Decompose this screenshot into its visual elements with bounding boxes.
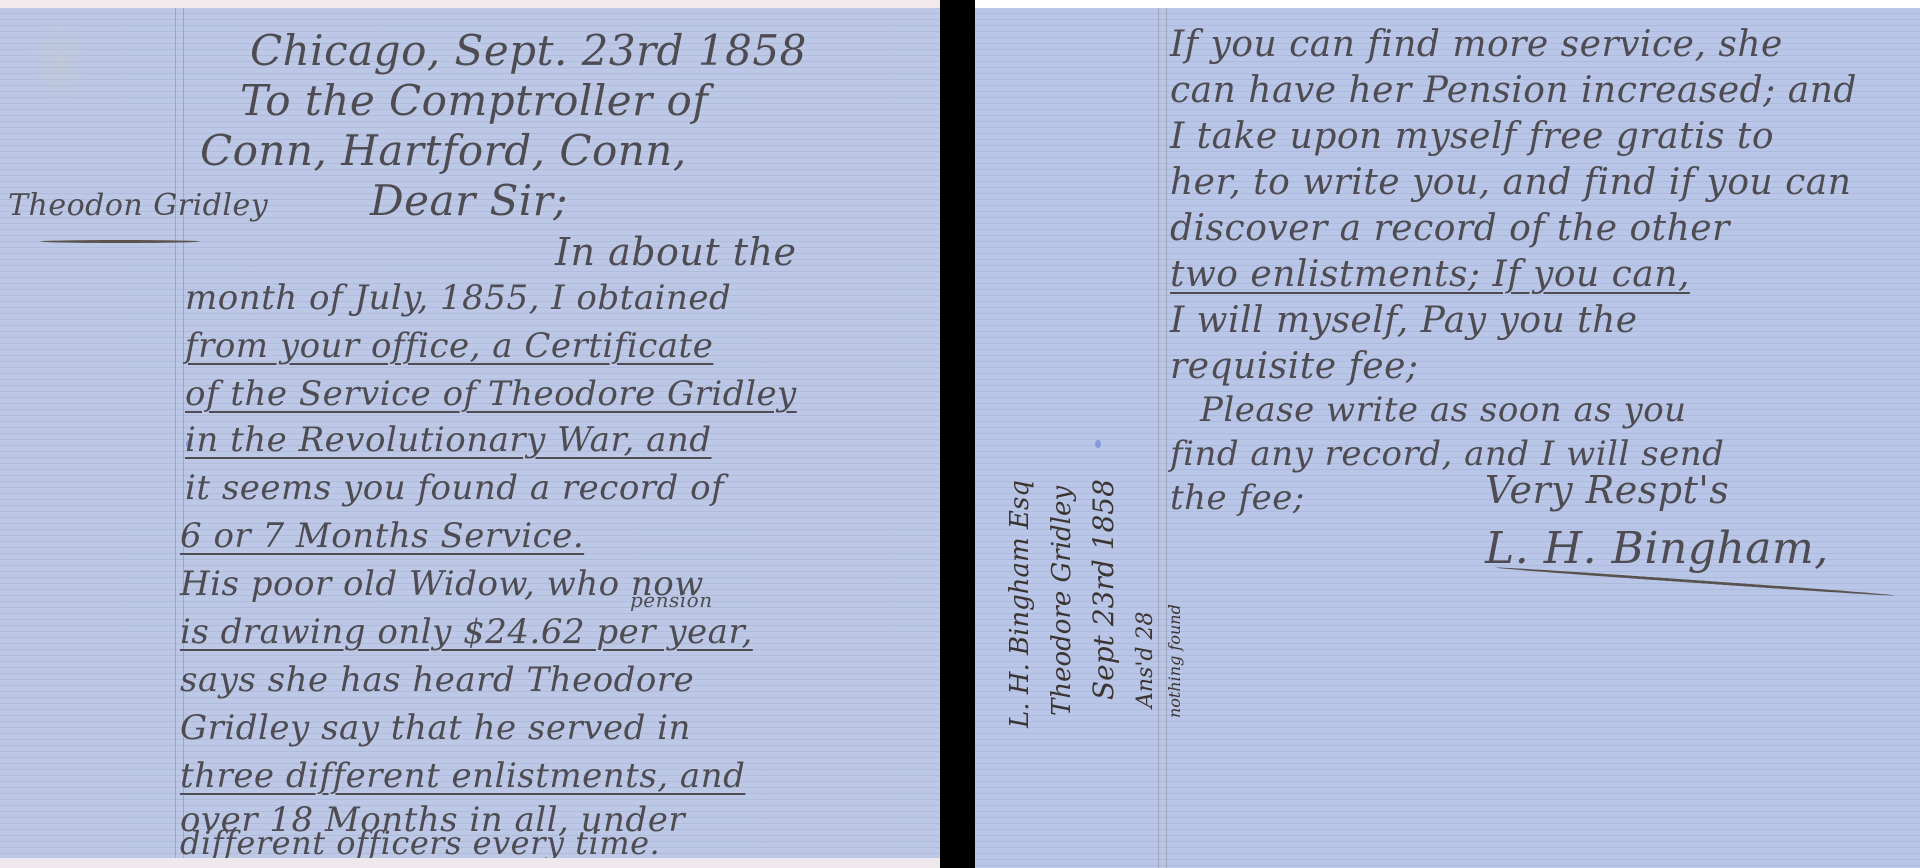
salutation: Dear Sir;: [370, 176, 568, 225]
address-line: Conn, Hartford, Conn,: [200, 126, 687, 175]
letter-line: Please write as soon as you: [1200, 390, 1687, 430]
letter-line: two enlistments; If you can,: [1170, 254, 1690, 295]
letter-line: requisite fee;: [1170, 346, 1419, 387]
letter-page-left: Theodon Gridley Chicago, Sept. 23rd 1858…: [0, 0, 940, 868]
letter-page-right: If you can find more service, she can ha…: [975, 0, 1920, 868]
endorsement-line: L. H. Bingham Esq: [1005, 480, 1035, 728]
letter-line: her, to write you, and find if you can: [1170, 162, 1851, 203]
letter-line: the fee;: [1170, 478, 1305, 518]
margin-note-underline: [40, 240, 200, 243]
letter-line: 6 or 7 Months Service.: [180, 516, 584, 556]
ink-dot: [1095, 440, 1101, 448]
letter-line: from your office, a Certificate: [185, 326, 713, 366]
margin-note: Theodon Gridley: [8, 188, 268, 223]
letter-line: of the Service of Theodore Gridley: [185, 374, 797, 414]
letter-line: discover a record of the other: [1170, 208, 1730, 249]
letter-line: can have her Pension increased; and: [1170, 70, 1857, 111]
dateline: Chicago, Sept. 23rd 1858: [250, 26, 807, 75]
letter-line: Gridley say that he served in: [180, 708, 691, 748]
letter-line: three different enlistments, and: [180, 756, 745, 796]
closing: Very Respt's: [1485, 468, 1729, 512]
letter-line: month of July, 1855, I obtained: [185, 278, 731, 318]
endorsement-line: nothing found: [1165, 604, 1184, 718]
letter-line: in the Revolutionary War, and: [185, 420, 712, 460]
endorsement-line: Ans'd 28: [1133, 612, 1158, 708]
letter-line: If you can find more service, she: [1170, 24, 1783, 65]
letter-line: I will myself, Pay you the: [1170, 300, 1638, 341]
endorsement-line: Sept 23rd 1858: [1087, 479, 1120, 700]
letter-line: it seems you found a record of: [185, 468, 724, 508]
letter-line: is drawing only $24.62 per year,: [180, 612, 753, 652]
letter-line: His poor old Widow, who now: [180, 564, 704, 604]
letter-line: different officers every time.: [180, 824, 660, 862]
addressee: To the Comptroller of: [240, 76, 708, 125]
margin-rule: [1158, 8, 1167, 868]
signature: L. H. Bingham,: [1485, 523, 1829, 574]
interlinear-note: pension: [630, 588, 713, 612]
letter-line: I take upon myself free gratis to: [1170, 116, 1774, 157]
paper-stain: [30, 18, 90, 108]
letter-line: In about the: [555, 230, 796, 274]
endorsement-line: Theodore Gridley: [1047, 486, 1077, 716]
letter-line: says she has heard Theodore: [180, 660, 694, 700]
